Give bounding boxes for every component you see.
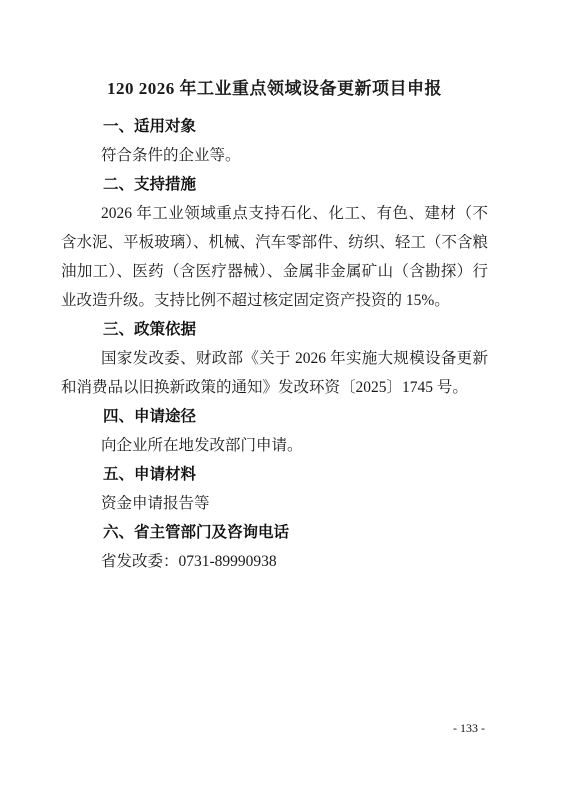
- document-sections: 一、适用对象 符合条件的企业等。 二、支持措施 2026 年工业领域重点支持石化…: [61, 112, 488, 576]
- page-number: - 133 -: [453, 721, 485, 735]
- section-application-materials: 五、申请材料 资金申请报告等: [61, 460, 488, 518]
- section-paragraph: 符合条件的企业等。: [61, 141, 488, 170]
- section-paragraph: 向企业所在地发改部门申请。: [61, 431, 488, 460]
- section-heading: 五、申请材料: [61, 460, 488, 489]
- section-contact-info: 六、省主管部门及咨询电话 省发改委：0731-89990938: [61, 518, 488, 576]
- section-paragraph: 省发改委：0731-89990938: [61, 547, 488, 576]
- section-paragraph: 国家发改委、财政部《关于 2026 年实施大规模设备更新和消费品以旧换新政策的通…: [61, 344, 488, 402]
- section-paragraph: 资金申请报告等: [61, 489, 488, 518]
- section-applicable-targets: 一、适用对象 符合条件的企业等。: [61, 112, 488, 170]
- section-heading: 四、申请途径: [61, 402, 488, 431]
- section-policy-basis: 三、政策依据 国家发改委、财政部《关于 2026 年实施大规模设备更新和消费品以…: [61, 315, 488, 402]
- section-heading: 一、适用对象: [61, 112, 488, 141]
- document-title: 120 2026 年工业重点领域设备更新项目申报: [61, 74, 488, 104]
- section-support-measures: 二、支持措施 2026 年工业领域重点支持石化、化工、有色、建材（不含水泥、平板…: [61, 170, 488, 315]
- section-paragraph: 2026 年工业领域重点支持石化、化工、有色、建材（不含水泥、平板玻璃）、机械、…: [61, 199, 488, 315]
- section-application-channel: 四、申请途径 向企业所在地发改部门申请。: [61, 402, 488, 460]
- document-content: 120 2026 年工业重点领域设备更新项目申报 一、适用对象 符合条件的企业等…: [61, 0, 488, 576]
- section-heading: 六、省主管部门及咨询电话: [61, 518, 488, 547]
- section-heading: 三、政策依据: [61, 315, 488, 344]
- document-page: 120 2026 年工业重点领域设备更新项目申报 一、适用对象 符合条件的企业等…: [0, 0, 561, 793]
- section-heading: 二、支持措施: [61, 170, 488, 199]
